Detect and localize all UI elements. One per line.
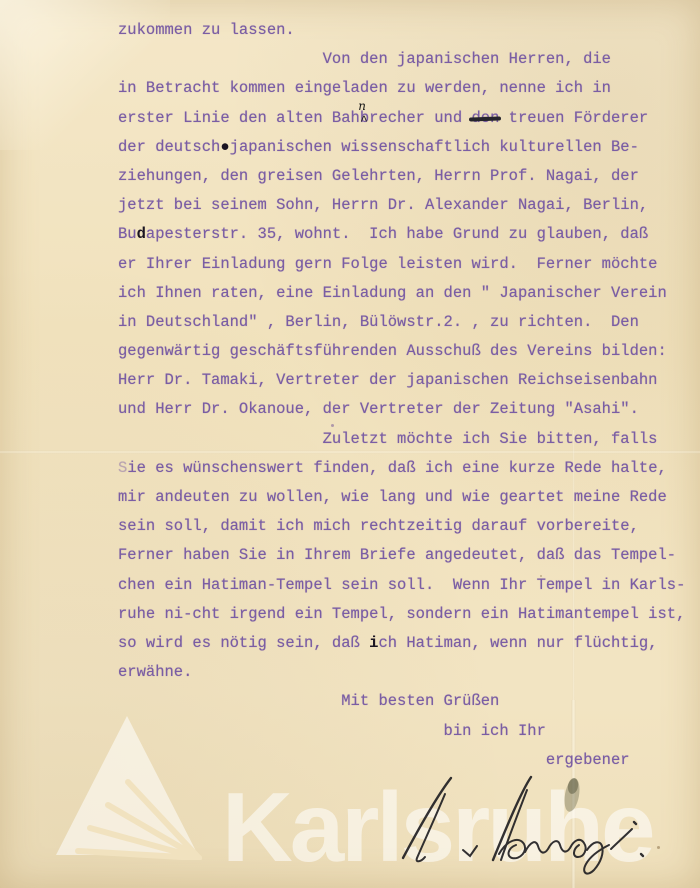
letter-segment: und Herr Dr. Okanoue, der Vertreter der … xyxy=(118,400,639,418)
letter-segment: brecher und xyxy=(360,109,472,127)
letter-line: Mit besten Grüßen xyxy=(118,687,693,716)
letter-line: sein soll, damit ich mich rechtzeitig da… xyxy=(118,512,693,541)
letter-line: ich Ihnen raten, eine Einladung an den "… xyxy=(118,279,693,308)
letter-segment: ch Hatiman, wenn nur flüchtig, xyxy=(378,634,657,652)
letter-segment: sein soll, damit ich mich rechtzeitig da… xyxy=(118,517,639,535)
letter-segment: mir andeuten zu wollen, wie lang und wie… xyxy=(118,488,667,506)
letter-line: Budapesterstr. 35, wohnt. Ich habe Grund… xyxy=(118,220,693,249)
letter-segment-light: S xyxy=(118,459,127,477)
letter-segment: ich Ihnen raten, eine Einladung an den "… xyxy=(118,284,667,302)
letter-segment: er Ihrer Einladung gern Folge leisten wi… xyxy=(118,255,658,273)
letter-segment: ruhe ni-cht irgend ein Tempel, sondern e… xyxy=(118,605,685,623)
letter-segment: Herr Dr. Tamaki, Vertreter der japanisch… xyxy=(118,371,658,389)
letter-segment: erster Linie den alten Bah xyxy=(118,109,360,127)
letter-segment: ie es wünschenswert finden, daß ich eine… xyxy=(127,459,667,477)
letter-line: Zuletzt möchte ich Sie bitten, falls xyxy=(118,425,693,454)
letter-line: ziehungen, den greisen Gelehrten, Herrn … xyxy=(118,162,693,191)
letter-line: und Herr Dr. Okanoue, der Vertreter der … xyxy=(118,395,693,424)
letter-segment: treuen Förderer xyxy=(499,109,648,127)
letter-line: er Ihrer Einladung gern Folge leisten wi… xyxy=(118,250,693,279)
letter-segment: so wird es nötig sein, daß xyxy=(118,634,369,652)
letter-segment: Von den japanischen Herren, die xyxy=(118,50,611,68)
letter-line: bin ich Ihr xyxy=(118,717,693,746)
letter-line: Herr Dr. Tamaki, Vertreter der japanisch… xyxy=(118,366,693,395)
letter-line: in Deutschland" , Berlin, Bülöwstr.2. , … xyxy=(118,308,693,337)
letter-line: erster Linie den alten Bah^brecher und d… xyxy=(118,104,693,133)
letter-line: erwähne. xyxy=(118,658,693,687)
letter-line: in Betracht kommen eingeladen zu werden,… xyxy=(118,74,693,103)
letter-segment: Mit besten Grüßen xyxy=(118,692,499,710)
letter-body: zukommen zu lassen. Von den japanischen … xyxy=(118,16,693,775)
letter-segment: in Deutschland" , Berlin, Bülöwstr.2. , … xyxy=(118,313,639,331)
letter-segment: ergebener xyxy=(118,751,630,769)
letter-line: ergebener xyxy=(118,746,693,775)
letter-line: ruhe ni-cht irgend ein Tempel, sondern e… xyxy=(118,600,693,629)
letter-line: gegenwärtig geschäftsführenden Ausschuß … xyxy=(118,337,693,366)
letter-segment: jetzt bei seinem Sohn, Herrn Dr. Alexand… xyxy=(118,196,648,214)
letter-line: Sie es wünschenswert finden, daß ich ein… xyxy=(118,454,693,483)
letter-line: Ferner haben Sie in Ihrem Briefe angedeu… xyxy=(118,541,693,570)
letter-segment: erwähne. xyxy=(118,663,192,681)
letter-segment: apesterstr. 35, wohnt. Ich habe Grund zu… xyxy=(146,225,648,243)
letter-line: mir andeuten zu wollen, wie lang und wie… xyxy=(118,483,693,512)
letter-segment-strike: den xyxy=(471,109,499,127)
letter-segment: Bu xyxy=(118,225,137,243)
letter-segment-black: ● xyxy=(220,138,229,156)
letter-segment: japanischen wissenschaftlich kulturellen… xyxy=(230,138,639,156)
letter-segment-blackbold: d xyxy=(137,225,146,243)
letter-line: jetzt bei seinem Sohn, Herrn Dr. Alexand… xyxy=(118,191,693,220)
letter-line: so wird es nötig sein, daß ich Hatiman, … xyxy=(118,629,693,658)
letter-segment: gegenwärtig geschäftsführenden Ausschuß … xyxy=(118,342,667,360)
letter-segment: ziehungen, den greisen Gelehrten, Herrn … xyxy=(118,167,639,185)
letter-scan: Karlsruhe zukommen zu lassen. Von den ja… xyxy=(0,0,700,888)
letter-line: Von den japanischen Herren, die xyxy=(118,45,693,74)
letter-segment: Zuletzt möchte ich Sie bitten, falls xyxy=(118,430,658,448)
letter-segment: bin ich Ihr xyxy=(118,722,546,740)
letter-line: der deutsch●japanischen wissenschaftlich… xyxy=(118,133,693,162)
letter-line: zukommen zu lassen. xyxy=(118,16,693,45)
letter-segment: chen ein Hatiman-Tempel sein soll. Wenn … xyxy=(118,576,685,594)
letter-segment: Ferner haben Sie in Ihrem Briefe angedeu… xyxy=(118,546,676,564)
letter-line: chen ein Hatiman-Tempel sein soll. Wenn … xyxy=(118,571,693,600)
letter-segment: der deutsch xyxy=(118,138,220,156)
signature-handwriting xyxy=(375,772,675,877)
letter-segment: zukommen zu lassen. xyxy=(118,21,295,39)
